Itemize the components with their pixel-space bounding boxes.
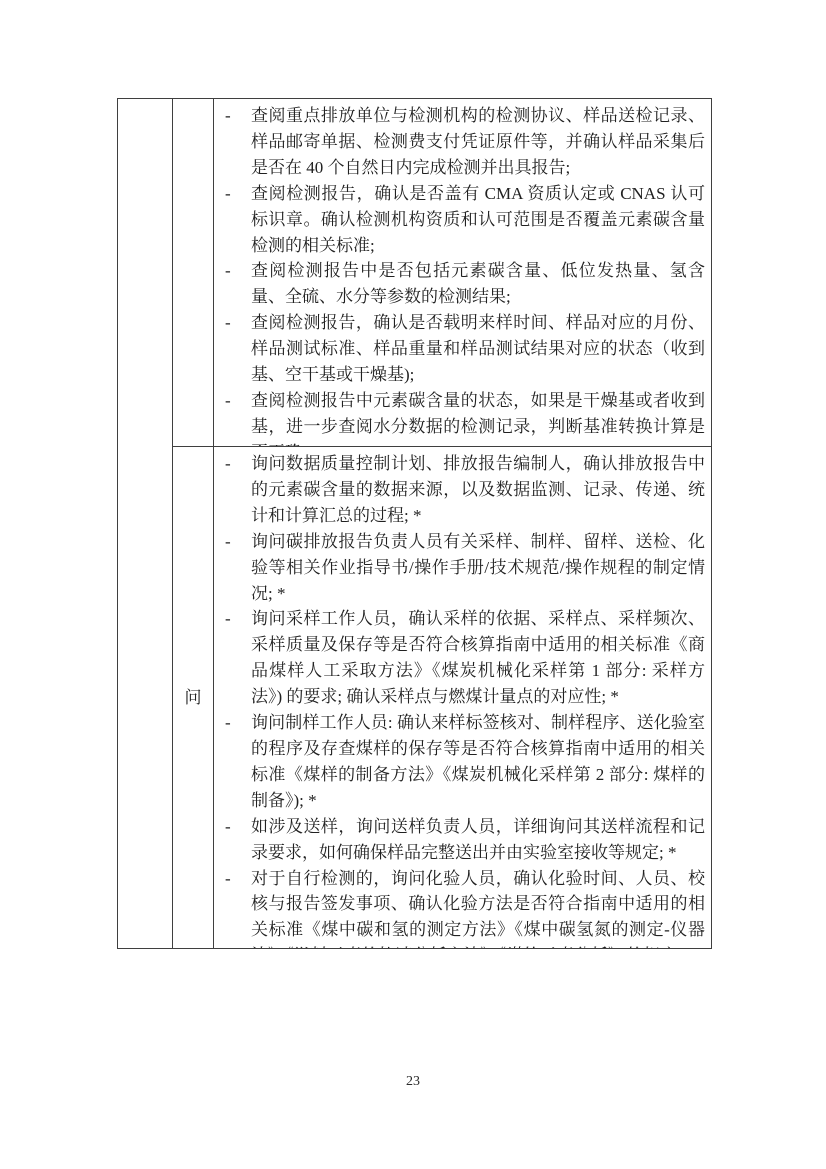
bullet-text: 如涉及送样，询问送样负责人员，详细询问其送样流程和记录要求，如何确保样品完整送出…	[251, 814, 705, 866]
document-page: - 查阅重点排放单位与检测机构的检测协议、样品送检记录、样品邮寄单据、检测费支付…	[0, 0, 826, 1169]
bullet-marker: -	[214, 451, 251, 529]
bullet-marker: -	[214, 710, 251, 814]
row-label-cell	[173, 99, 214, 446]
bullet-marker: -	[214, 310, 251, 388]
row-content-cell: - 查阅重点排放单位与检测机构的检测协议、样品送检记录、样品邮寄单据、检测费支付…	[214, 99, 711, 446]
bullet-text: 询问数据质量控制计划、排放报告编制人，确认排放报告中的元素碳含量的数据来源，以及…	[251, 451, 705, 529]
list-item: - 对于自行检测的，询问化验人员，确认化验时间、人员、校核与报告签发事项、确认化…	[214, 866, 705, 949]
row-label-cell: 问	[173, 447, 214, 948]
bullet-marker: -	[214, 814, 251, 866]
list-item: - 查阅检测报告，确认是否载明来样时间、样品对应的月份、样品测试标准、样品重量和…	[214, 310, 705, 388]
list-item: - 如涉及送样，询问送样负责人员，详细询问其送样流程和记录要求，如何确保样品完整…	[214, 814, 705, 866]
bullet-text: 查阅重点排放单位与检测机构的检测协议、样品送检记录、样品邮寄单据、检测费支付凭证…	[251, 103, 705, 181]
merged-left-cell	[118, 99, 173, 948]
list-item: - 询问数据质量控制计划、排放报告编制人，确认排放报告中的元素碳含量的数据来源，…	[214, 451, 705, 529]
list-item: - 询问采样工作人员，确认采样的依据、采样点、采样频次、采样质量及保存等是否符合…	[214, 606, 705, 710]
list-item: - 询问制样工作人员: 确认来样标签核对、制样程序、送化验室的程序及存查煤样的保…	[214, 710, 705, 814]
row-content-cell: - 询问数据质量控制计划、排放报告编制人，确认排放报告中的元素碳含量的数据来源，…	[214, 447, 711, 948]
bullet-text: 查阅检测报告中元素碳含量的状态，如果是干燥基或者收到基，进一步查阅水分数据的检测…	[251, 388, 705, 446]
bullet-text: 询问碳排放报告负责人员有关采样、制样、留样、送检、化验等相关作业指导书/操作手册…	[251, 529, 705, 607]
list-item: - 查阅重点排放单位与检测机构的检测协议、样品送检记录、样品邮寄单据、检测费支付…	[214, 103, 705, 181]
list-item: - 询问碳排放报告负责人员有关采样、制样、留样、送检、化验等相关作业指导书/操作…	[214, 529, 705, 607]
bullet-text: 查阅检测报告，确认是否载明来样时间、样品对应的月份、样品测试标准、样品重量和样品…	[251, 310, 705, 388]
bullet-text: 询问采样工作人员，确认采样的依据、采样点、采样频次、采样质量及保存等是否符合核算…	[251, 606, 705, 710]
bullet-marker: -	[214, 388, 251, 446]
bullet-text: 询问制样工作人员: 确认来样标签核对、制样程序、送化验室的程序及存查煤样的保存等…	[251, 710, 705, 814]
bullet-text: 对于自行检测的，询问化验人员，确认化验时间、人员、校核与报告签发事项、确认化验方…	[251, 866, 705, 949]
bullet-text: 查阅检测报告中是否包括元素碳含量、低位发热量、氢含量、全硫、水分等参数的检测结果…	[251, 258, 705, 310]
table-row-ask: 问 - 询问数据质量控制计划、排放报告编制人，确认排放报告中的元素碳含量的数据来…	[173, 446, 711, 948]
list-item: - 查阅检测报告，确认是否盖有 CMA 资质认定或 CNAS 认可标识章。确认检…	[214, 181, 705, 259]
bullet-marker: -	[214, 529, 251, 607]
page-number: 23	[0, 1074, 826, 1090]
table-row-review: - 查阅重点排放单位与检测机构的检测协议、样品送检记录、样品邮寄单据、检测费支付…	[173, 99, 711, 446]
list-item: - 查阅检测报告中是否包括元素碳含量、低位发热量、氢含量、全硫、水分等参数的检测…	[214, 258, 705, 310]
bullet-marker: -	[214, 103, 251, 181]
bullet-marker: -	[214, 181, 251, 259]
verification-table: - 查阅重点排放单位与检测机构的检测协议、样品送检记录、样品邮寄单据、检测费支付…	[117, 98, 712, 949]
bullet-text: 查阅检测报告，确认是否盖有 CMA 资质认定或 CNAS 认可标识章。确认检测机…	[251, 181, 705, 259]
list-item: - 查阅检测报告中元素碳含量的状态，如果是干燥基或者收到基，进一步查阅水分数据的…	[214, 388, 705, 446]
table-right-columns: - 查阅重点排放单位与检测机构的检测协议、样品送检记录、样品邮寄单据、检测费支付…	[173, 99, 711, 948]
bullet-marker: -	[214, 258, 251, 310]
bullet-marker: -	[214, 606, 251, 710]
bullet-marker: -	[214, 866, 251, 949]
